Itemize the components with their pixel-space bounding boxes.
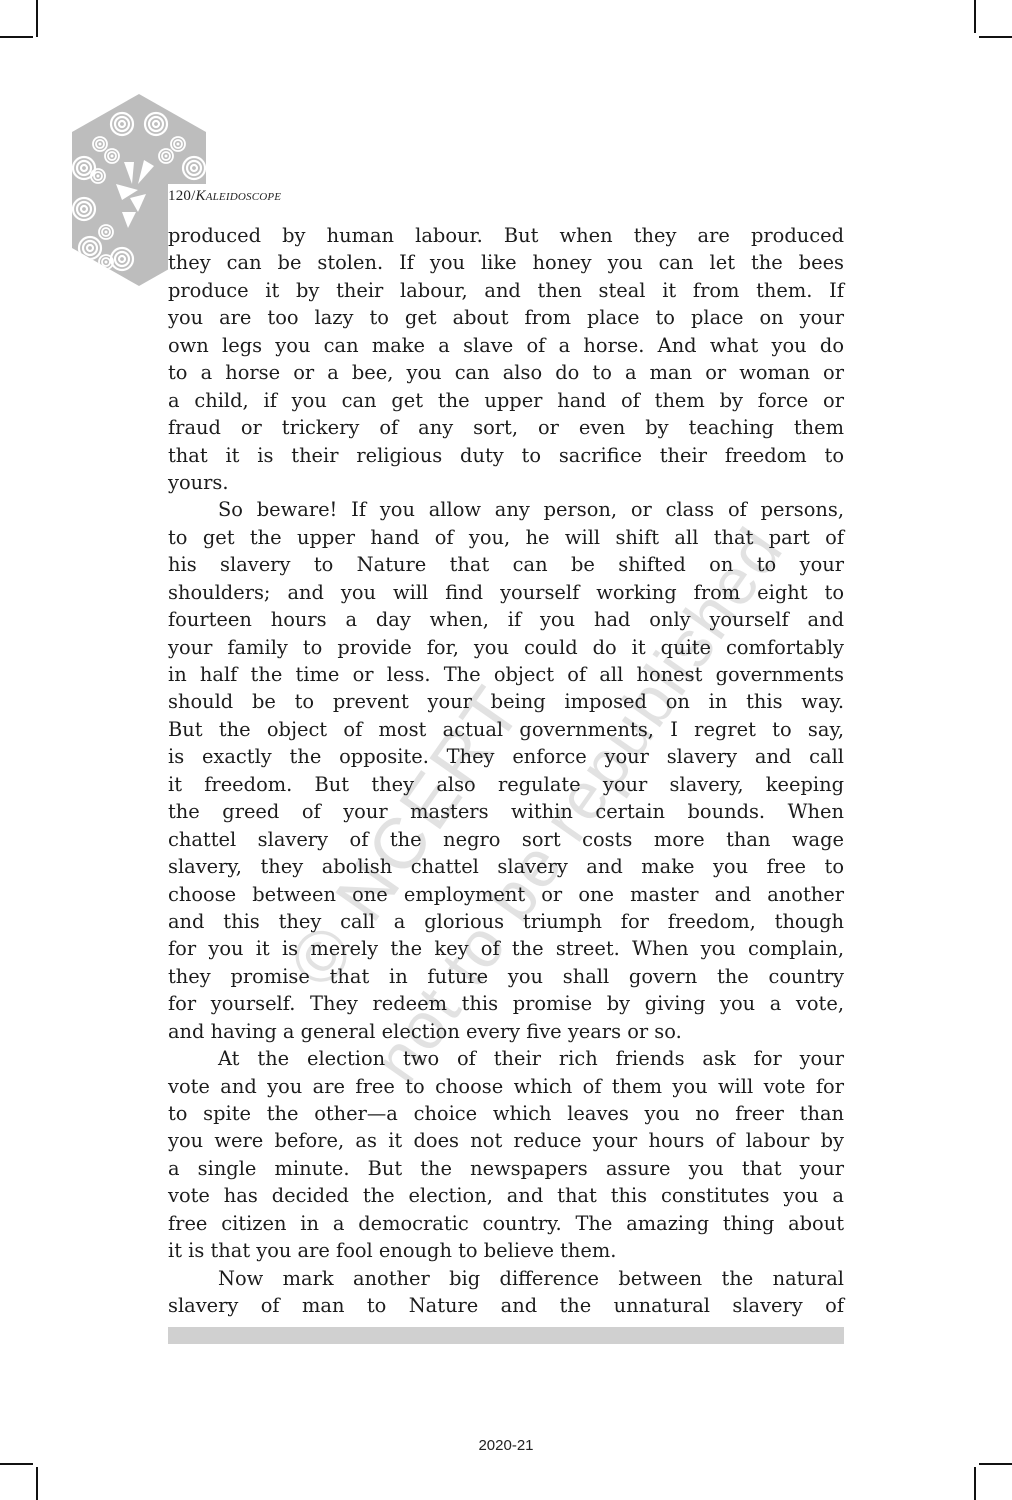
text-line: produce it by their labour, and then ste…	[168, 277, 844, 304]
crop-mark-top-left-vertical	[36, 0, 38, 37]
book-title: Kaleidoscope	[195, 188, 281, 204]
text-line: fourteen hours a day when, if you had on…	[168, 606, 844, 633]
crop-mark-bottom-left-vertical	[36, 1467, 38, 1500]
body-text: produced by human labour. But when they …	[168, 222, 844, 1320]
text-line: for you it is merely the key of the stre…	[168, 935, 844, 962]
text-line-paragraph-end: yours.	[168, 469, 844, 496]
crop-mark-top-right-vertical	[974, 0, 976, 33]
page-number: 120	[168, 188, 191, 204]
text-line: they can be stolen. If you like honey yo…	[168, 249, 844, 276]
text-line: slavery, they abolish chattel slavery an…	[168, 853, 844, 880]
text-line: they promise that in future you shall go…	[168, 963, 844, 990]
crop-mark-top-right-horizontal	[979, 36, 1012, 38]
text-line: your family to provide for, you could do…	[168, 634, 844, 661]
text-line: to spite the other—a choice which leaves…	[168, 1100, 844, 1127]
text-line: and this they call a glorious triumph fo…	[168, 908, 844, 935]
text-line: slavery of man to Nature and the unnatur…	[168, 1292, 844, 1319]
text-line: for yourself. They redeem this promise b…	[168, 990, 844, 1017]
text-line: you are too lazy to get about from place…	[168, 304, 844, 331]
running-head: 120/Kaleidoscope	[168, 188, 285, 205]
text-line-paragraph-end: and having a general election every five…	[168, 1018, 844, 1045]
text-line-paragraph-start: At the election two of their rich friend…	[168, 1045, 844, 1072]
text-line: fraud or trickery of any sort, or even b…	[168, 414, 844, 441]
text-line: that it is their religious duty to sacri…	[168, 442, 844, 469]
footer-edition-year: 2020-21	[0, 1437, 1012, 1454]
text-line: vote has decided the election, and that …	[168, 1182, 844, 1209]
text-line: should be to prevent your being imposed …	[168, 688, 844, 715]
text-line: choose between one employment or one mas…	[168, 881, 844, 908]
text-line: his slavery to Nature that can be shifte…	[168, 551, 844, 578]
text-line: a single minute. But the newspapers assu…	[168, 1155, 844, 1182]
text-line: shoulders; and you will find yourself wo…	[168, 579, 844, 606]
crop-mark-bottom-right-vertical	[974, 1467, 976, 1500]
text-line-paragraph-start: Now mark another big difference between …	[168, 1265, 844, 1292]
text-line: own legs you can make a slave of a horse…	[168, 332, 844, 359]
text-line: a child, if you can get the upper hand o…	[168, 387, 844, 414]
text-line: the greed of your masters within certain…	[168, 798, 844, 825]
text-line: produced by human labour. But when they …	[168, 222, 844, 249]
page-bottom-gray-bar	[168, 1327, 844, 1344]
text-line: But the object of most actual government…	[168, 716, 844, 743]
text-line-paragraph-start: So beware! If you allow any person, or c…	[168, 496, 844, 523]
text-line: to get the upper hand of you, he will sh…	[168, 524, 844, 551]
crop-mark-top-left-horizontal	[0, 36, 33, 38]
text-line: chattel slavery of the negro sort costs …	[168, 826, 844, 853]
text-line: is exactly the opposite. They enforce yo…	[168, 743, 844, 770]
crop-mark-bottom-right-horizontal	[979, 1463, 1012, 1465]
text-line-paragraph-end: it is that you are fool enough to believ…	[168, 1237, 844, 1264]
text-line: you were before, as it does not reduce y…	[168, 1127, 844, 1154]
text-line: vote and you are free to choose which of…	[168, 1073, 844, 1100]
text-line: free citizen in a democratic country. Th…	[168, 1210, 844, 1237]
text-line: in half the time or less. The object of …	[168, 661, 844, 688]
text-line: it freedom. But they also regulate your …	[168, 771, 844, 798]
text-line: to a horse or a bee, you can also do to …	[168, 359, 844, 386]
crop-mark-bottom-left-horizontal	[0, 1463, 33, 1465]
